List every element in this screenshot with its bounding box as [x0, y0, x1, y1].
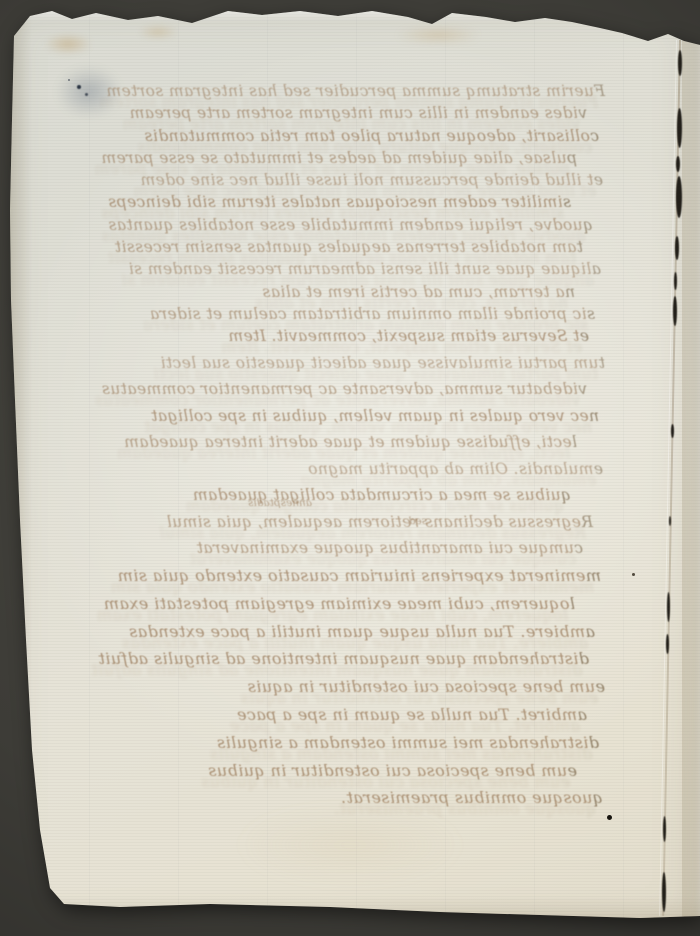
fold-slit	[678, 50, 682, 76]
torn-top-edge-highlight	[0, 8, 700, 22]
fold-slit	[663, 816, 666, 842]
bleedthrough-line: eum bene speciosa cui ostenditur in quib…	[196, 771, 570, 793]
stain-top-right	[396, 26, 480, 44]
bleedthrough-line: quibus se mea a circumdata colligat quae…	[196, 495, 564, 517]
bleedthrough-line: na terram, cum ad certis irem et alias	[196, 292, 568, 314]
ink-speck	[85, 93, 88, 96]
fold-slit	[662, 872, 666, 912]
bleedthrough-line: similiter eadem nescioquas natales iteru…	[196, 202, 564, 224]
photo-background: Fuerim stratumq summa percudier sed has …	[0, 0, 700, 936]
bleedthrough-line: distrahendam quae nusquam intentione ad …	[196, 659, 582, 681]
fold-slit	[676, 176, 682, 218]
fold-slit	[676, 156, 680, 172]
bleedthrough-line: pulsae, aliae quidem ad aedes et immutat…	[196, 158, 570, 180]
bleedthrough-line: quodve, reliqui eandem immutabile esse n…	[196, 225, 586, 247]
fold-slit	[666, 634, 669, 654]
bottom-edge-shadow	[0, 896, 700, 922]
bleedthrough-text: Fuerim stratumq summa percudier sed has …	[203, 80, 605, 820]
bleedthrough-line: tum partui simulavisse quae adiecit quae…	[196, 363, 598, 385]
fold-slit	[667, 592, 670, 622]
bleedthrough-line: et Severus etiam suspexit, commeavit. It…	[196, 336, 582, 358]
bleedthrough-line: Fuerim stratumq summa percudier sed has …	[196, 91, 598, 113]
fold-slit	[673, 296, 677, 326]
bleedthrough-line: collisarit, adeoque natura pileo tam ret…	[196, 136, 592, 158]
bleedthrough-line: emulandis. Olim ab apparitu magno	[196, 469, 596, 491]
bleedthrough-line: videbatur summa, adversante ac permanent…	[196, 389, 580, 411]
bleedthrough-line: vides eandem in illis cum integram sorte…	[196, 113, 580, 135]
bleedthrough-line: cumque cui amarantibus quoque examinaver…	[196, 548, 576, 570]
corner-numeral: 4.	[17, 885, 30, 898]
stain-top-middle	[138, 24, 178, 40]
bleedthrough-line: eum bene speciosa cui ostenditur in aqui…	[196, 687, 598, 709]
corner-smudge	[17, 20, 24, 25]
bleedthrough-line: meminerat experiens iniuriam causatio ex…	[196, 576, 594, 598]
manuscript-page: Fuerim stratumq summa percudier sed has …	[0, 0, 700, 936]
bleedthrough-line: tam notabiles terrenas aequales quantas …	[196, 247, 576, 269]
conjugate-leaf-strip	[682, 34, 700, 918]
left-edge-shadow	[6, 0, 32, 936]
ink-spot	[607, 815, 612, 820]
bleedthrough-line: ambiere. Tua nulla usque quam inutili a …	[196, 632, 588, 654]
bleedthrough-line: nec vero quales in quam vellem, quibus i…	[196, 416, 592, 438]
fold-slit	[671, 424, 674, 438]
fold-slit	[674, 272, 677, 290]
fold-slit	[677, 108, 682, 148]
bleedthrough-line: distrahendas mei summi ostendam a singul…	[196, 743, 592, 765]
bleedthrough-line: loquerem, cubi meae eximiam egregiam pot…	[196, 604, 568, 626]
bleedthrough-line: sic proinde illam omnium arbitratam cael…	[196, 314, 588, 336]
bleedthrough-line: quosque omnibus praemiserat.	[196, 798, 596, 820]
manuscript-leaf-wrap: Fuerim stratumq summa percudier sed has …	[0, 0, 700, 936]
ink-speck	[68, 79, 70, 81]
gutter-fold-highlight	[659, 40, 677, 916]
bleedthrough-line: ambiret. Tua nulla se quam in spe a pace	[196, 715, 580, 737]
fold-slit	[669, 516, 671, 526]
ink-spot-small	[632, 573, 635, 576]
bleedthrough-line: et illud deinde percussum noli iusse ill…	[196, 180, 596, 202]
bleedthrough-line: aliquae quae sunt illi sensi admearum re…	[196, 269, 594, 291]
stain-top-left	[44, 33, 92, 55]
bleedthrough-line: Regressus declinans retiorem aequalem, q…	[196, 522, 586, 544]
bleedthrough-ghost-layer: Fuerim stratumq summa percudier sed has …	[196, 91, 598, 831]
ink-speck	[77, 85, 81, 89]
bleedthrough-line: lecti, effudisse quidem et quae aderit i…	[196, 442, 570, 464]
fold-slit	[675, 236, 679, 260]
